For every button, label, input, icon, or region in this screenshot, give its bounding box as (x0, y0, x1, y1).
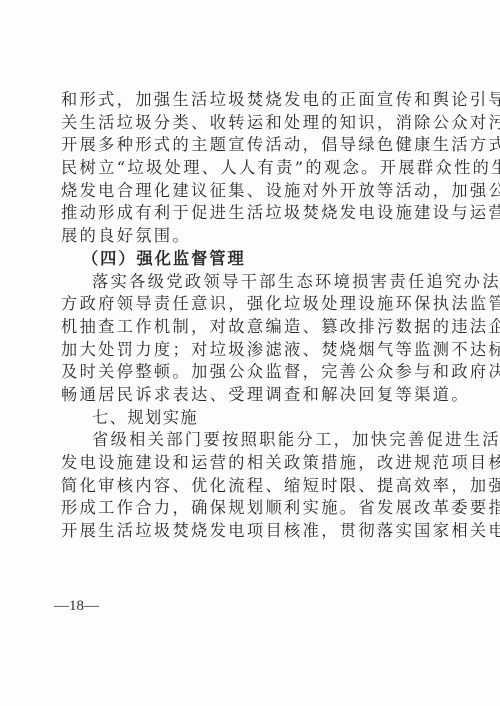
paragraph-line: 省级相关部门要按照职能分工，加快完善促进生活垃圾焚烧 (61, 429, 433, 452)
paragraph-line: 烧发电合理化建议征集、设施对外开放等活动，加强公众监督， (61, 180, 433, 203)
paragraph-line: 开展生活垃圾焚烧发电项目核准，贯彻落实国家相关电价政策； (61, 520, 433, 543)
paragraph-line: 落实各级党政领导干部生态环境损害责任追究办法，提高地 (61, 271, 433, 294)
paragraph-line: 畅通居民诉求表达、受理调查和解决回复等渠道。 (61, 384, 433, 407)
paragraph-line: 机抽查工作机制，对故意编造、篡改排污数据的违法企业，依法 (61, 316, 433, 339)
paragraph-line: 及时关停整顿。加强公众监督，完善公众参与和政府决策机制， (61, 361, 433, 384)
page-number: —18— (54, 598, 99, 615)
paragraph-line: 方政府领导责任意识，强化垃圾处理设施环保执法监管。建立随 (61, 293, 433, 316)
paragraph-line: 简化审核内容、优化流程、缩短时限、提高效率，加强协调配合， (61, 475, 433, 498)
document-body: 和形式，加强生活垃圾焚烧发电的正面宣传和舆论引导，普及有 关生活垃圾分类、收转运… (61, 89, 433, 543)
section-heading-implementation: 七、规划实施 (61, 407, 433, 430)
document-page: 和形式，加强生活垃圾焚烧发电的正面宣传和舆论引导，普及有 关生活垃圾分类、收转运… (0, 0, 500, 706)
paragraph-line: 发电设施建设和运营的相关政策措施，改进规范项目核准行为， (61, 452, 433, 475)
paragraph-line: 加大处罚力度；对垃圾渗滤液、焚烧烟气等监测不达标的项目， (61, 339, 433, 362)
section-heading-supervision: （四）强化监督管理 (61, 248, 433, 271)
paragraph-line: 开展多种形式的主题宣传活动，倡导绿色健康生活方式，引导全 (61, 134, 433, 157)
paragraph-line: 展的良好氛围。 (61, 225, 433, 248)
paragraph-line: 民树立“垃圾处理、人人有责”的观念。开展群众性的生活垃圾焚 (61, 157, 433, 180)
paragraph-line: 关生活垃圾分类、收转运和处理的知识，消除公众对污染的担忧。 (61, 112, 433, 135)
paragraph-line: 推动形成有利于促进生活垃圾焚烧发电设施建设与运营健康发 (61, 202, 433, 225)
paragraph-line: 形成工作合力，确保规划顺利实施。省发展改革委要指导各市（州） (61, 497, 433, 520)
paragraph-line: 和形式，加强生活垃圾焚烧发电的正面宣传和舆论引导，普及有 (61, 89, 433, 112)
